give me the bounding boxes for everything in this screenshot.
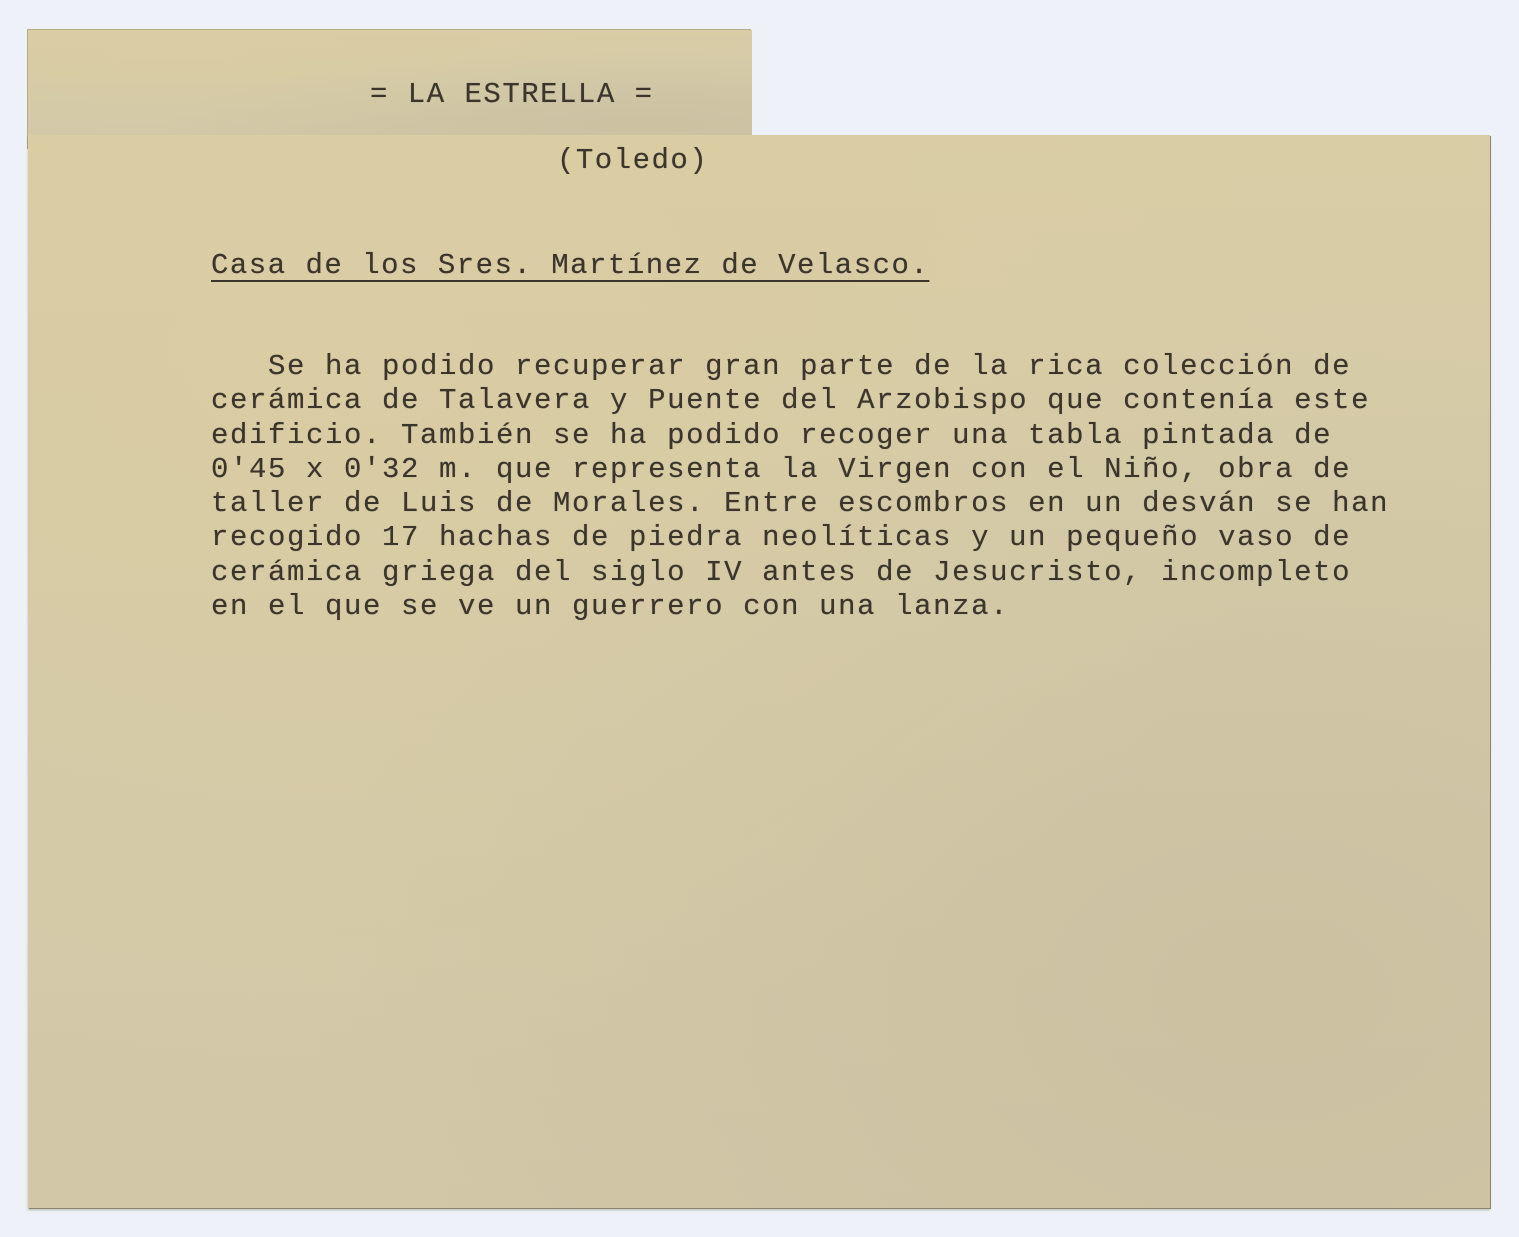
document-location: (Toledo): [557, 144, 708, 177]
paragraph-line: edificio. También se ha podido recoger u…: [211, 419, 1471, 453]
paragraph-line: 0'45 x 0'32 m. que representa la Virgen …: [211, 453, 1471, 487]
paragraph-line: en el que se ve un guerrero con una lanz…: [211, 590, 1471, 624]
document-title: = LA ESTRELLA =: [370, 78, 654, 111]
index-card: [28, 135, 1490, 1208]
paragraph-line: taller de Luis de Morales. Entre escombr…: [211, 487, 1471, 521]
section-heading: Casa de los Sres. Martínez de Velasco.: [211, 249, 929, 282]
paragraph-line: cerámica de Talavera y Puente del Arzobi…: [211, 384, 1471, 418]
paragraph-line: cerámica griega del siglo IV antes de Je…: [211, 556, 1471, 590]
body-paragraph: Se ha podido recuperar gran parte de la …: [211, 350, 1471, 624]
paragraph-line: Se ha podido recuperar gran parte de la …: [211, 350, 1471, 384]
paragraph-line: recogido 17 hachas de piedra neolíticas …: [211, 521, 1471, 555]
